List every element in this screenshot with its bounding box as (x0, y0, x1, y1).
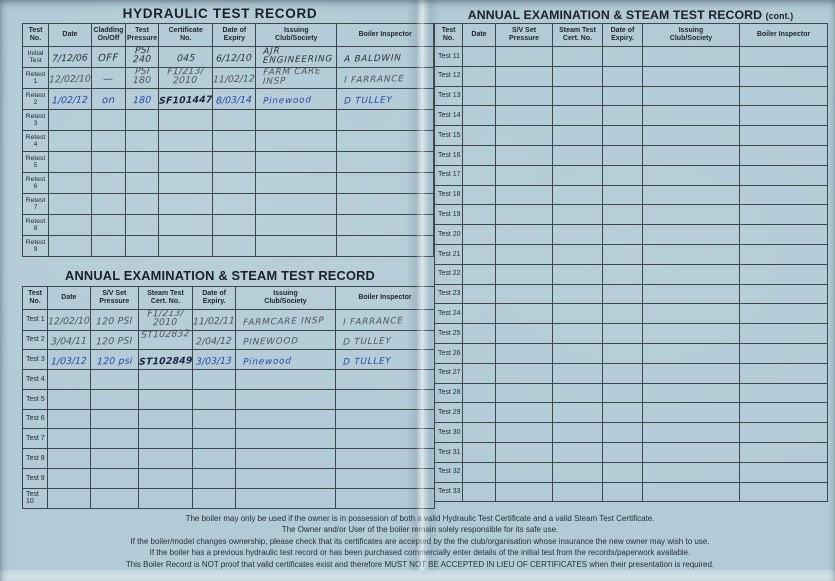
cell-date (463, 264, 496, 284)
column-header: Test Pressure (126, 24, 159, 47)
cell-expiry (193, 429, 236, 449)
handwritten-entry: 120 psi (96, 357, 132, 366)
cell-date (463, 86, 496, 106)
cell-cert: SF101447 (159, 89, 213, 110)
cell-pressure (496, 264, 553, 284)
handwritten-entry: PSI 180 (132, 68, 151, 86)
cell-pressure (496, 126, 553, 146)
cell-inspector (740, 244, 828, 264)
cell-expiry (603, 225, 643, 245)
cell-expiry (603, 442, 643, 462)
cell-expiry (603, 165, 643, 185)
cell-expiry (193, 370, 236, 390)
handwritten-entry: 12/02/10 (49, 74, 91, 84)
cell-issuing (643, 403, 740, 423)
cell-pressure (496, 284, 553, 304)
cell-expiry (603, 324, 643, 344)
cell-pressure (496, 343, 553, 363)
cell-cert (553, 86, 603, 106)
cell-expiry (213, 194, 256, 215)
cell-cert (553, 462, 603, 482)
cell-date (48, 488, 91, 508)
steam-test-table: Test No.DateS/V Set PressureSteam Test C… (22, 286, 435, 509)
handwritten-entry: 8/03/14 (216, 96, 252, 106)
cell-expiry: 3/03/13 (193, 350, 236, 370)
cell-pressure: PSI 180 (126, 68, 159, 89)
cell-date: 1/02/12 (49, 89, 92, 110)
cell-expiry (603, 47, 643, 67)
cell-inspector (740, 324, 828, 344)
handwritten-entry: ST102849 (139, 357, 193, 367)
cell-pressure (496, 383, 553, 403)
handwritten-entry: 3/03/13 (196, 356, 232, 366)
cell-issuing (643, 106, 740, 126)
cell-cert (159, 131, 213, 152)
row-label: Retest 6 (23, 173, 49, 194)
cell-inspector (740, 304, 828, 324)
column-header: S/V Set Pressure (90, 287, 138, 310)
table-row: Retest 5 (23, 152, 434, 173)
table-row: Test 27 (435, 363, 828, 383)
cell-cert (159, 194, 213, 215)
cell-issuing: Pinewood (256, 89, 337, 110)
cell-pressure (496, 442, 553, 462)
cell-expiry (213, 236, 256, 257)
column-header: Issuing Club/Society (643, 24, 740, 47)
cell-cert (138, 409, 192, 429)
cell-expiry (213, 131, 256, 152)
cell-date (463, 205, 496, 225)
cell-expiry (603, 145, 643, 165)
cell-expiry (603, 264, 643, 284)
table-row: Test 8 (23, 449, 435, 469)
handwritten-entry: PINEWOOD (243, 337, 299, 347)
cell-date (463, 165, 496, 185)
handwritten-entry: I FARRANCE (343, 317, 404, 328)
table-row: Test 24 (435, 304, 828, 324)
column-header: Date of Expiry. (193, 287, 236, 310)
column-header: Test No. (23, 287, 48, 310)
row-label: Initial Test (23, 47, 49, 68)
row-label: Retest 3 (23, 110, 49, 131)
handwritten-entry: on (102, 96, 116, 105)
column-header: Date (49, 24, 92, 47)
column-header: Certificate No. (159, 24, 213, 47)
cell-date (463, 145, 496, 165)
table-row: Test 14 (435, 106, 828, 126)
cell-inspector (740, 482, 828, 502)
cell-expiry (193, 488, 236, 508)
cell-pressure (496, 145, 553, 165)
cell-date (49, 110, 92, 131)
cell-expiry: 2/04/12 (193, 330, 236, 350)
table-row: Test 112/02/10120 PSIF1/213/ 201011/02/1… (23, 310, 435, 331)
cell-issuing (235, 429, 335, 449)
table-row: Test 15 (435, 126, 828, 146)
cell-issuing (643, 462, 740, 482)
handwritten-entry: AJR ENGINEERING (263, 46, 337, 66)
cell-inspector (740, 442, 828, 462)
cell-pressure (90, 389, 138, 409)
row-label: Retest 5 (23, 152, 49, 173)
row-label: Test 3 (23, 350, 48, 370)
column-header: Steam Test Cert. No. (138, 287, 192, 310)
cell-date (463, 462, 496, 482)
cell-pressure (126, 236, 159, 257)
row-label: Test 8 (23, 449, 48, 469)
handwritten-entry: FARMCARE INSP (243, 317, 325, 328)
cell-date: 7/12/06 (49, 47, 92, 68)
cell-issuing (643, 284, 740, 304)
cell-cert (159, 173, 213, 194)
table-row: Test 5 (23, 389, 435, 409)
handwritten-entry: 11/02/12 (213, 74, 255, 84)
cell-inspector (740, 106, 828, 126)
cell-pressure: 180 (126, 89, 159, 110)
cell-expiry (603, 423, 643, 443)
handwritten-entry: Pinewood (263, 96, 312, 106)
cell-inspector (740, 462, 828, 482)
cell-pressure (496, 244, 553, 264)
handwritten-entry: 120 PSI (96, 337, 133, 346)
cell-cert (553, 442, 603, 462)
hydraulic-test-table: Test No.DateCladding On/OffTest Pressure… (22, 23, 434, 257)
page-bottom-edge (0, 570, 835, 581)
cell-pressure (90, 488, 138, 508)
cell-date (463, 403, 496, 423)
cell-expiry: 6/12/10 (213, 47, 256, 68)
handwritten-entry: D TULLEY (343, 337, 392, 347)
table-row: Retest 21/02/12on180SF1014478/03/14Pinew… (23, 89, 434, 110)
cell-issuing (643, 343, 740, 363)
cell-issuing (643, 442, 740, 462)
cell-date (48, 429, 91, 449)
cell-issuing (643, 324, 740, 344)
cell-cert: ST102832 (138, 330, 192, 350)
cell-date (49, 236, 92, 257)
row-label: Retest 8 (23, 215, 49, 236)
cell-expiry (603, 284, 643, 304)
cell-pressure (126, 215, 159, 236)
cell-cert (553, 264, 603, 284)
cell-date (463, 363, 496, 383)
table-row: Test 31/03/12120 psiST1028493/03/13Pinew… (23, 350, 435, 370)
cell-cert (553, 304, 603, 324)
cell-expiry (603, 383, 643, 403)
cell-inspector (740, 403, 828, 423)
cell-inspector (740, 225, 828, 245)
handwritten-entry: 6/12/10 (216, 54, 252, 64)
handwritten-entry: F1/213/ 2010 (167, 68, 204, 86)
header-row: Test No.DateCladding On/OffTest Pressure… (23, 24, 434, 47)
cell-cladding (92, 131, 126, 152)
cell-cert (138, 449, 192, 469)
table-row: Test 16 (435, 145, 828, 165)
cell-expiry: 11/02/11 (193, 310, 236, 331)
cell-date (49, 131, 92, 152)
table-row: Test 4 (23, 370, 435, 390)
handwritten-entry: 3/04/11 (51, 336, 87, 346)
page-fold (406, 0, 440, 571)
cell-pressure (126, 110, 159, 131)
table-row: Test 33 (435, 482, 828, 502)
cell-pressure (496, 363, 553, 383)
cell-issuing (235, 409, 335, 429)
cell-issuing: PINEWOOD (235, 330, 335, 350)
cell-date (463, 423, 496, 443)
table-row: Retest 6 (23, 173, 434, 194)
table-row: Test 6 (23, 409, 435, 429)
cell-cladding (92, 110, 126, 131)
cell-date (463, 185, 496, 205)
handwritten-entry: 1/02/12 (52, 96, 88, 106)
cell-issuing (643, 363, 740, 383)
handwritten-entry: A BALDWIN (344, 54, 402, 65)
cell-date (49, 173, 92, 194)
cell-issuing: AJR ENGINEERING (256, 47, 337, 68)
handwritten-entry: FARM CARE INSP (263, 67, 337, 87)
cell-inspector (740, 264, 828, 284)
cell-inspector (740, 126, 828, 146)
cell-issuing (235, 449, 335, 469)
row-label: Test 7 (23, 429, 48, 449)
cell-date (463, 225, 496, 245)
cell-pressure (126, 131, 159, 152)
table-row: Test 28 (435, 383, 828, 403)
cell-date (463, 383, 496, 403)
table-row: Retest 112/02/10—PSI 180F1/213/ 201011/0… (23, 68, 434, 89)
table-row: Test 9 (23, 469, 435, 489)
cell-expiry (213, 152, 256, 173)
cell-cert (553, 343, 603, 363)
cell-cladding (92, 236, 126, 257)
column-header: Cladding On/Off (92, 24, 126, 47)
cell-expiry: 11/02/12 (213, 68, 256, 89)
cell-issuing (235, 389, 335, 409)
cell-issuing (643, 145, 740, 165)
cell-date (463, 106, 496, 126)
cell-pressure (90, 469, 138, 489)
cell-pressure (496, 225, 553, 245)
table-row: Retest 9 (23, 236, 434, 257)
cell-date (48, 409, 91, 429)
cell-issuing (643, 126, 740, 146)
table-row: Test 22 (435, 264, 828, 284)
cell-issuing (643, 86, 740, 106)
cell-date (463, 284, 496, 304)
cell-issuing (643, 264, 740, 284)
cell-cert (138, 488, 192, 508)
handwritten-entry: 180 (133, 97, 152, 106)
cell-pressure (496, 403, 553, 423)
cell-expiry (603, 304, 643, 324)
cell-issuing (643, 205, 740, 225)
cell-cert (553, 66, 603, 86)
cell-inspector (740, 383, 828, 403)
cell-cert (553, 324, 603, 344)
cell-issuing (643, 185, 740, 205)
handwritten-entry: 7/12/06 (52, 54, 88, 64)
cell-cert (553, 244, 603, 264)
table-row: Test 12 (435, 66, 828, 86)
cell-date: 1/03/12 (48, 350, 91, 370)
cell-expiry (603, 106, 643, 126)
row-label: Retest 4 (23, 131, 49, 152)
cell-expiry (603, 66, 643, 86)
row-label: Retest 1 (23, 68, 49, 89)
table-row: Test 19 (435, 205, 828, 225)
table-row: Test 29 (435, 403, 828, 423)
cell-cladding: — (92, 68, 126, 89)
cell-issuing (643, 482, 740, 502)
cell-expiry (603, 462, 643, 482)
cell-cert: F1/213/ 2010 (159, 68, 213, 89)
cell-pressure (496, 86, 553, 106)
cell-cert (553, 185, 603, 205)
table-row: Test 23/04/11120 PSIST1028322/04/12PINEW… (23, 330, 435, 350)
cell-expiry (603, 343, 643, 363)
cell-pressure: 120 PSI (90, 310, 138, 331)
cell-pressure (90, 429, 138, 449)
cell-issuing (235, 469, 335, 489)
cell-inspector (740, 423, 828, 443)
cell-inspector (740, 47, 828, 67)
cell-pressure (496, 462, 553, 482)
row-label: Retest 7 (23, 194, 49, 215)
cell-issuing (235, 370, 335, 390)
cont-suffix: (cont.) (766, 11, 794, 21)
cell-date (463, 482, 496, 502)
cell-date (463, 324, 496, 344)
cell-expiry (603, 482, 643, 502)
table-row: Test 32 (435, 462, 828, 482)
cell-inspector (740, 343, 828, 363)
cell-date (49, 215, 92, 236)
cell-date (48, 469, 91, 489)
cell-date (48, 370, 91, 390)
cell-date (48, 449, 91, 469)
steam-test-cont-table: Test No.DateS/V Set PressureSteam Test C… (434, 23, 828, 502)
cell-cert (553, 423, 603, 443)
cell-pressure (126, 173, 159, 194)
cell-expiry (193, 469, 236, 489)
cell-date (49, 152, 92, 173)
column-header: Issuing Club/Society (235, 287, 335, 310)
cell-date (48, 389, 91, 409)
cell-issuing (235, 488, 335, 508)
cell-inspector (740, 66, 828, 86)
row-label: Test 9 (23, 469, 48, 489)
cell-cert (553, 126, 603, 146)
table-row: Retest 8 (23, 215, 434, 236)
column-header: Date (48, 287, 91, 310)
cell-date (463, 304, 496, 324)
cell-cert: ST102849 (138, 350, 192, 370)
cell-date: 12/02/10 (48, 310, 91, 331)
cell-cert (159, 236, 213, 257)
cell-pressure: 120 PSI (90, 330, 138, 350)
handwritten-entry: PSI 240 (132, 47, 151, 65)
cell-cladding: on (92, 89, 126, 110)
cell-expiry (603, 126, 643, 146)
cell-date: 3/04/11 (48, 330, 91, 350)
cell-pressure (90, 370, 138, 390)
handwritten-entry: 120 PSI (96, 317, 133, 326)
steam-test-record-title: ANNUAL EXAMINATION & STEAM TEST RECORD (22, 268, 418, 283)
cell-cert (553, 225, 603, 245)
cell-expiry (193, 389, 236, 409)
table-row: Initial Test7/12/06OFFPSI 2400456/12/10A… (23, 47, 434, 68)
handwritten-entry: SF101447 (159, 96, 213, 106)
table-row: Retest 3 (23, 110, 434, 131)
cell-pressure (496, 423, 553, 443)
row-label: Test 1 (23, 310, 48, 331)
column-header: Boiler Inspector (740, 24, 828, 47)
cell-pressure (496, 106, 553, 126)
row-label: Test 5 (23, 389, 48, 409)
cell-cert (553, 47, 603, 67)
table-row: Test 17 (435, 165, 828, 185)
cell-date (463, 343, 496, 363)
cell-expiry (213, 215, 256, 236)
cell-inspector (740, 205, 828, 225)
cell-pressure (496, 482, 553, 502)
handwritten-entry: D TULLEY (343, 357, 392, 367)
table-row: Test 7 (23, 429, 435, 449)
cell-pressure (496, 66, 553, 86)
handwritten-entry: — (103, 75, 114, 84)
cell-cladding: OFF (92, 47, 126, 68)
cell-cert (553, 284, 603, 304)
cell-issuing (256, 110, 337, 131)
handwritten-entry: 045 (176, 55, 195, 64)
handwritten-entry: D TULLEY (344, 96, 393, 106)
handwritten-entry: 11/02/11 (193, 316, 235, 326)
header-row: Test No.DateS/V Set PressureSteam Test C… (435, 24, 828, 47)
cell-date (463, 126, 496, 146)
column-header: Steam Test Cert. No. (553, 24, 603, 47)
table-row: Test 18 (435, 185, 828, 205)
cell-expiry (603, 403, 643, 423)
cell-issuing (643, 66, 740, 86)
table-row: Test 21 (435, 244, 828, 264)
handwritten-entry: ST102832 (141, 330, 190, 340)
table-row: Test 11 (435, 47, 828, 67)
cell-expiry (193, 409, 236, 429)
cell-issuing (256, 215, 337, 236)
cell-cert (159, 152, 213, 173)
cell-date (49, 194, 92, 215)
cell-inspector (740, 86, 828, 106)
column-header: S/V Set Pressure (496, 24, 553, 47)
cell-issuing (256, 152, 337, 173)
cell-expiry (603, 244, 643, 264)
table-row: Test 10 (23, 488, 435, 508)
handwritten-entry: Pinewood (243, 357, 292, 367)
cell-issuing (256, 173, 337, 194)
cell-cert (553, 403, 603, 423)
cell-cert (138, 469, 192, 489)
table-row: Retest 7 (23, 194, 434, 215)
row-label: Test 6 (23, 409, 48, 429)
cell-cert (553, 106, 603, 126)
cell-issuing (256, 194, 337, 215)
column-header: Date (463, 24, 496, 47)
cell-pressure (126, 152, 159, 173)
handwritten-entry: OFF (98, 54, 119, 64)
cell-issuing (256, 131, 337, 152)
cell-date (463, 244, 496, 264)
